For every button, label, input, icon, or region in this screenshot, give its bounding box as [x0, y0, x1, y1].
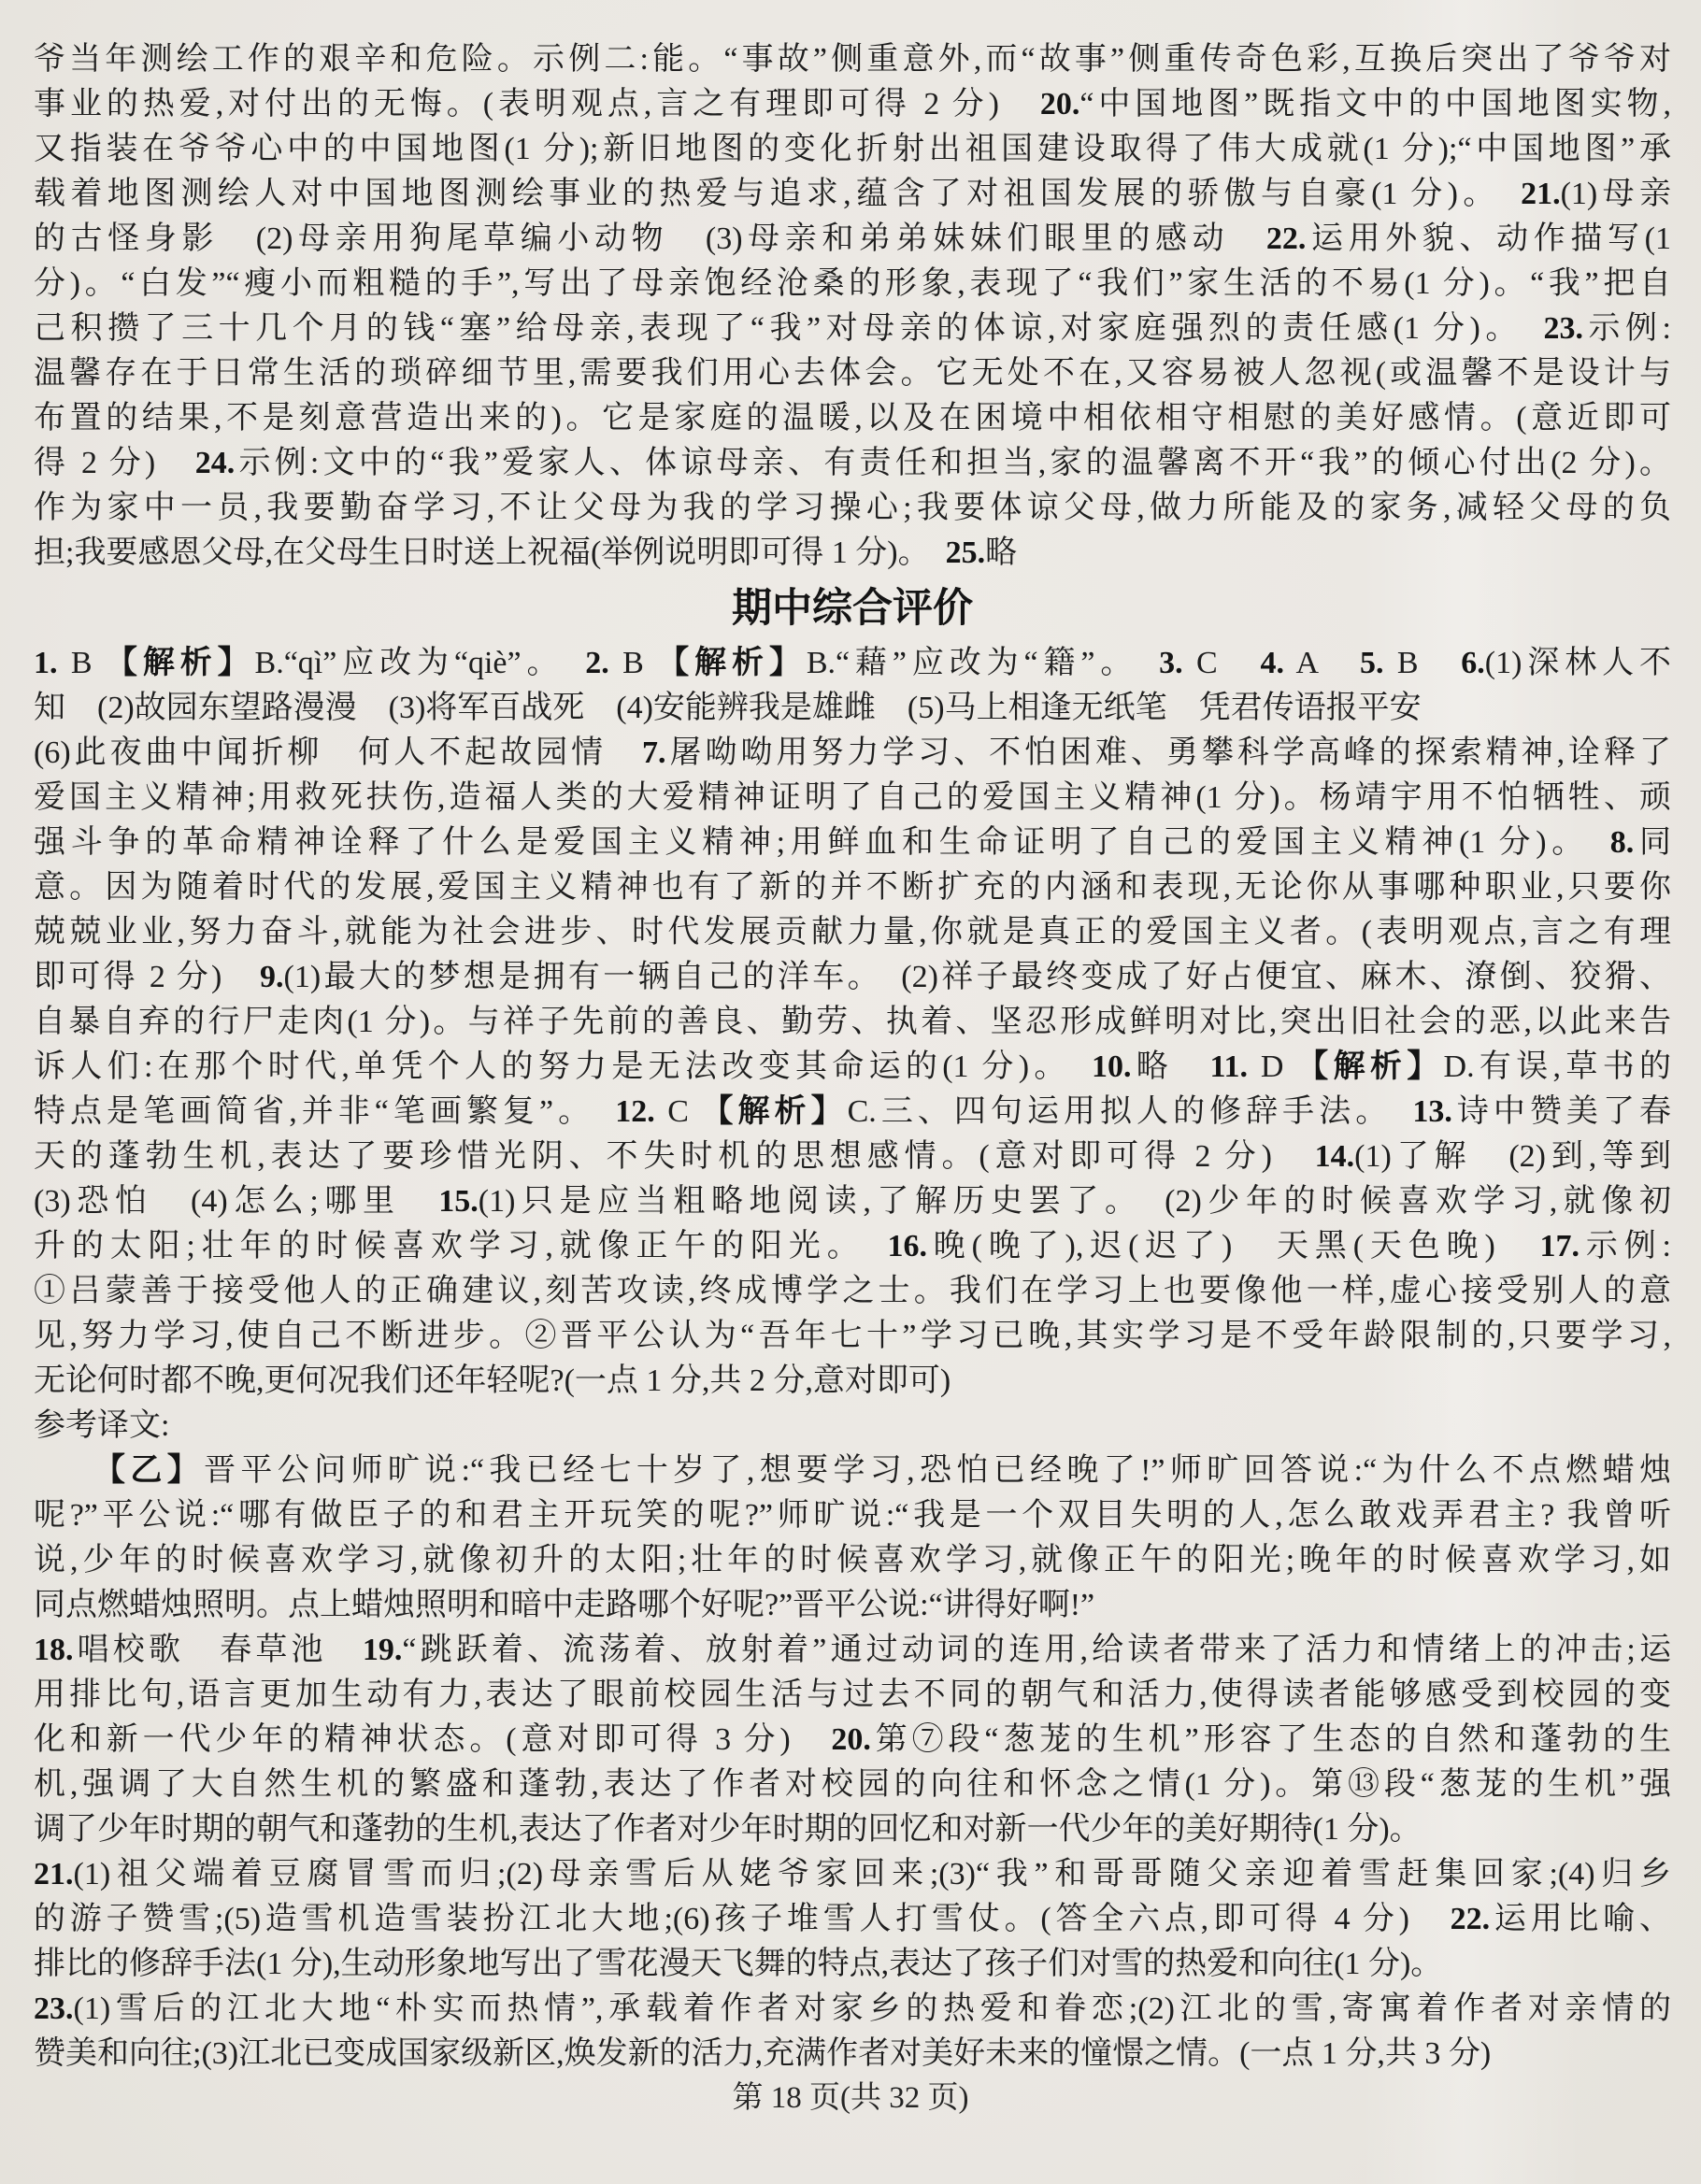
text-segment: 机,强调了大自然生机的繁盛和蓬勃,表达了作者对校园的向往和怀念之情(1 分)。第… [34, 1767, 1671, 1802]
text-line: 己积攒了三十几个月的钱“塞”给母亲,表现了“我”对母亲的体谅,对家庭强烈的责任感… [34, 307, 1671, 351]
text-segment: 示例: [1583, 311, 1671, 346]
text-line: 【乙】晋平公问师旷说:“我已经七十岁了,想要学习,恐怕已经晚了!”师旷回答说:“… [34, 1449, 1671, 1493]
text-line: 升的太阳;壮年的时候喜欢学习,就像正午的阳光。 16.晚(晚了),迟(迟了) 天… [34, 1224, 1671, 1269]
text-segment: 运用外貌、动作描写(1 [1306, 221, 1671, 256]
answer-number: 23. [1543, 311, 1583, 346]
text-segment: (3)恐怕 (4)怎么;哪里 [34, 1184, 438, 1219]
text-line: 诉人们:在那个时代,单凭个人的努力是无法改变其命运的(1 分)。 10.略 11… [34, 1045, 1671, 1090]
answer-number: 9. [260, 960, 284, 994]
text-line: 爷当年测绘工作的艰辛和危险。示例二:能。“事故”侧重意外,而“故事”侧重传奇色彩… [34, 37, 1671, 82]
text-segment: “中国地图”既指文中的中国地图实物, [1079, 87, 1671, 121]
text-line: (6)此夜曲中闻折柳 何人不起故园情 7.屠呦呦用努力学习、不怕困难、勇攀科学高… [34, 731, 1671, 776]
answer-number: 21. [34, 1857, 74, 1891]
text-line: 作为家中一员,我要勤奋学习,不让父母为我的学习操心;我要体谅父母,做力所能及的家… [34, 486, 1671, 531]
answer-number: 5. [1360, 646, 1384, 680]
text-line: 自暴自弃的行尸走肉(1 分)。与祥子先前的善良、勤劳、执着、坚忍形成鲜明对比,突… [34, 1000, 1671, 1045]
text-segment: 诉人们:在那个时代,单凭个人的努力是无法改变其命运的(1 分)。 [34, 1049, 1092, 1084]
text-line: 化和新一代少年的精神状态。(意对即可得 3 分) 20.第⑦段“葱茏的生机”形容… [34, 1718, 1671, 1763]
text-line: 意。因为随着时代的发展,爱国主义精神也有了新的并不断扩充的内涵和表现,无论你从事… [34, 865, 1671, 910]
text-segment: (1)祖父端着豆腐冒雪而归;(2)母亲雪后从姥爷家回来;(3)“我”和哥哥随父亲… [74, 1857, 1672, 1891]
text-segment: 意。因为随着时代的发展,爱国主义精神也有了新的并不断扩充的内涵和表现,无论你从事… [34, 870, 1671, 905]
text-line: 爱国主义精神;用救死扶伤,造福人类的大爱精神证明了自己的爱国主义精神(1 分)。… [34, 776, 1671, 821]
answer-number: 11. [1209, 1049, 1248, 1084]
text-line: 18.唱校歌 春草池 19.“跳跃着、流荡着、放射着”通过动词的连用,给读者带来… [34, 1628, 1671, 1673]
text-segment: 升的太阳;壮年的时候喜欢学习,就像正午的阳光。 [34, 1229, 887, 1263]
text-line: 调了少年时期的朝气和蓬勃的生机,表达了作者对少年时期的回忆和对新一代少年的美好期… [34, 1807, 1671, 1852]
text-line: 的古怪身影 (2)母亲用狗尾草编小动物 (3)母亲和弟弟妹妹们眼里的感动 22.… [34, 217, 1671, 262]
text-segment: (1)了解 (2)到,等到 [1354, 1139, 1671, 1174]
text-segment: 得 2 分) [34, 446, 195, 480]
text-line: 担;我要感恩父母,在父母生日时送上祝福(举例说明即可得 1 分)。 25.略 [34, 531, 1671, 576]
text-segment: 晚(晚了),迟(迟了) 天黑(天色晚) [927, 1229, 1540, 1263]
text-segment: 的古怪身影 (2)母亲用狗尾草编小动物 (3)母亲和弟弟妹妹们眼里的感动 [34, 221, 1266, 256]
text-segment: 示例: [1579, 1229, 1671, 1263]
text-segment: 强斗争的革命精神诠释了什么是爱国主义精神;用鲜血和生命证明了自己的爱国主义精神(… [34, 825, 1610, 860]
text-line: 1. B 【解析】B.“qì”应改为“qiè”。 2. B 【解析】B.“藉”应… [34, 641, 1671, 686]
text-segment: 运用比喻、 [1490, 1902, 1671, 1936]
answer-number: 【解析】 [106, 646, 255, 680]
answer-number: 22. [1266, 221, 1307, 256]
text-segment: 温馨存在于日常生活的琐碎细节里,需要我们用心去体会。它无处不在,又容易被人忽视(… [34, 356, 1671, 391]
text-segment: 排比的修辞手法(1 分),生动形象地写出了雪花漫天飞舞的特点,表达了孩子们对雪的… [34, 1947, 1442, 1981]
section-heading: 期中综合评价 [34, 580, 1671, 638]
text-segment: 同 [1634, 825, 1671, 860]
text-segment: B [609, 646, 657, 680]
text-segment: 屠呦呦用努力学习、不怕困难、勇攀科学高峰的探索精神,诠释了 [666, 735, 1671, 770]
text-segment: 见,努力学习,使自己不断进步。②晋平公认为“吾年七十”学习已晚,其实学习是不受年… [34, 1319, 1671, 1353]
answer-number: 13. [1412, 1094, 1452, 1129]
text-line: 载着地图测绘人对中国地图测绘事业的热爱与追求,蕴含了对祖国发展的骄傲与自豪(1 … [34, 172, 1671, 217]
text-line: 赞美和向往;(3)江北已变成国家级新区,焕发新的活力,充满作者对美好未来的憧憬之… [34, 2032, 1671, 2077]
text-segment: 自暴自弃的行尸走肉(1 分)。与祥子先前的善良、勤劳、执着、坚忍形成鲜明对比,突… [34, 1005, 1671, 1039]
text-segment: 用排比句,语言更加生动有力,表达了眼前校园生活与过去不同的朝气和活力,使得读者能… [34, 1677, 1671, 1712]
text-segment: ①吕蒙善于接受他人的正确建议,刻苦攻读,终成博学之士。我们在学习上也要像他一样,… [34, 1274, 1671, 1308]
text-line: 又指装在爷爷心中的中国地图(1 分);新旧地图的变化折射出祖国建设取得了伟大成就… [34, 127, 1671, 172]
text-line: 21.(1)祖父端着豆腐冒雪而归;(2)母亲雪后从姥爷家回来;(3)“我”和哥哥… [34, 1852, 1671, 1897]
text-segment: (1)雪后的江北大地“朴实而热情”,承载着作者对家乡的热爱和眷恋;(2)江北的雪… [74, 1991, 1672, 2026]
text-segment: 化和新一代少年的精神状态。(意对即可得 3 分) [34, 1722, 831, 1757]
text-segment: (1)深林人不 [1485, 646, 1671, 680]
text-segment: (1)只是应当粗略地阅读,了解历史罢了。 (2)少年的时候喜欢学习,就像初 [479, 1184, 1671, 1219]
text-segment: 事业的热爱,对付出的无悔。(表明观点,言之有理即可得 2 分) [34, 87, 1040, 121]
text-segment: 又指装在爷爷心中的中国地图(1 分);新旧地图的变化折射出祖国建设取得了伟大成就… [34, 132, 1671, 166]
text-segment: 作为家中一员,我要勤奋学习,不让父母为我的学习操心;我要体谅父母,做力所能及的家… [34, 491, 1671, 525]
text-segment: 第⑦段“葱茏的生机”形容了生态的自然和蓬勃的生 [871, 1722, 1671, 1757]
text-line: 机,强调了大自然生机的繁盛和蓬勃,表达了作者对校园的向往和怀念之情(1 分)。第… [34, 1763, 1671, 1807]
text-segment: 示例:文中的“我”爱家人、体谅母亲、有责任和担当,家的温馨离不开“我”的倾心付出… [235, 446, 1671, 480]
text-segment: (1)最大的梦想是拥有一辆自己的洋车。 (2)祥子最终变成了好占便宜、麻木、潦倒… [284, 960, 1671, 994]
text-segment: (1)母亲 [1561, 177, 1671, 211]
text-line: 天的蓬勃生机,表达了要珍惜光阴、不失时机的思想感情。(意对即可得 2 分) 14… [34, 1135, 1671, 1179]
text-segment: B.“qì”应改为“qiè”。 [255, 646, 586, 680]
text-segment: 爱国主义精神;用救死扶伤,造福人类的大爱精神证明了自己的爱国主义精神(1 分)。… [34, 780, 1671, 815]
answer-number: 6. [1461, 646, 1485, 680]
text-line: ①吕蒙善于接受他人的正确建议,刻苦攻读,终成博学之士。我们在学习上也要像他一样,… [34, 1269, 1671, 1314]
text-segment: A [1284, 646, 1360, 680]
text-line: 强斗争的革命精神诠释了什么是爱国主义精神;用鲜血和生命证明了自己的爱国主义精神(… [34, 821, 1671, 865]
text-line: 的游子赞雪;(5)造雪机造雪装扮江北大地;(6)孩子堆雪人打雪仗。(答全六点,即… [34, 1897, 1671, 1942]
answer-number: 10. [1092, 1049, 1132, 1084]
text-line: 得 2 分) 24.示例:文中的“我”爱家人、体谅母亲、有责任和担当,家的温馨离… [34, 441, 1671, 486]
text-line: 温馨存在于日常生活的琐碎细节里,需要我们用心去体会。它无处不在,又容易被人忽视(… [34, 351, 1671, 396]
answer-number: 19. [363, 1633, 403, 1667]
text-segment: 唱校歌 春草池 [74, 1633, 363, 1667]
text-segment: 赞美和向往;(3)江北已变成国家级新区,焕发新的活力,充满作者对美好未来的憧憬之… [34, 2036, 1491, 2071]
text-segment: 知 (2)故园东望路漫漫 (3)将军百战死 (4)安能辨我是雄雌 (5)马上相逢… [34, 691, 1422, 725]
text-line: 无论何时都不晚,更何况我们还年轻呢?(一点 1 分,共 2 分,意对即可) [34, 1359, 1671, 1404]
text-line: 见,努力学习,使自己不断进步。②晋平公认为“吾年七十”学习已晚,其实学习是不受年… [34, 1314, 1671, 1359]
text-segment: “跳跃着、流荡着、放射着”通过动词的连用,给读者带来了活力和情绪上的冲击;运 [402, 1633, 1671, 1667]
answer-number: 20. [1040, 87, 1080, 121]
text-line: 布置的结果,不是刻意营造出来的)。它是家庭的温暖,以及在困境中相依相守相慰的美好… [34, 396, 1671, 441]
text-segment: 晋平公问师旷说:“我已经七十岁了,想要学习,恐怕已经晚了!”师旷回答说:“为什么… [204, 1453, 1671, 1488]
text-segment: C [655, 1094, 702, 1129]
answer-number: 23. [34, 1991, 74, 2026]
answer-number: 1. [34, 646, 58, 680]
answer-number: 8. [1610, 825, 1635, 860]
answer-number: 14. [1315, 1139, 1355, 1174]
text-segment: 特点是笔画简省,并非“笔画繁复”。 [34, 1094, 615, 1129]
text-line: 用排比句,语言更加生动有力,表达了眼前校园生活与过去不同的朝气和活力,使得读者能… [34, 1673, 1671, 1718]
answer-number: 17. [1539, 1229, 1579, 1263]
text-line: 同点燃蜡烛照明。点上蜡烛照明和暗中走路哪个好呢?”晋平公说:“讲得好啊!” [34, 1583, 1671, 1628]
answer-number: 3. [1159, 646, 1183, 680]
text-segment: C [1183, 646, 1261, 680]
text-segment: 调了少年时期的朝气和蓬勃的生机,表达了作者对少年时期的回忆和对新一代少年的美好期… [34, 1812, 1422, 1847]
text-segment: 呢?”平公说:“哪有做臣子的和君主开玩笑的呢?”师旷说:“我是一个双目失明的人,… [34, 1498, 1671, 1533]
text-segment: B [1383, 646, 1461, 680]
text-line: 呢?”平公说:“哪有做臣子的和君主开玩笑的呢?”师旷说:“我是一个双目失明的人,… [34, 1493, 1671, 1538]
text-segment: 的游子赞雪;(5)造雪机造雪装扮江北大地;(6)孩子堆雪人打雪仗。(答全六点,即… [34, 1902, 1451, 1936]
text-line: 特点是笔画简省,并非“笔画繁复”。 12. C 【解析】C.三、四句运用拟人的修… [34, 1090, 1671, 1135]
text-line: 分)。“白发”“瘦小而粗糙的手”,写出了母亲饱经沧桑的形象,表现了“我们”家生活… [34, 262, 1671, 307]
answer-number: 18. [34, 1633, 74, 1667]
text-segment: 布置的结果,不是刻意营造出来的)。它是家庭的温暖,以及在困境中相依相守相慰的美好… [34, 401, 1671, 435]
text-segment: 爷当年测绘工作的艰辛和危险。示例二:能。“事故”侧重意外,而“故事”侧重传奇色彩… [34, 42, 1671, 77]
text-segment: 分)。“白发”“瘦小而粗糙的手”,写出了母亲饱经沧桑的形象,表现了“我们”家生活… [34, 266, 1671, 301]
answer-number: 24. [195, 446, 236, 480]
text-segment: 担;我要感恩父母,在父母生日时送上祝福(举例说明即可得 1 分)。 [34, 535, 946, 570]
text-segment: 略 [985, 535, 1017, 570]
answer-number: 2. [585, 646, 609, 680]
answer-number: 4. [1260, 646, 1284, 680]
text-line: 排比的修辞手法(1 分),生动形象地写出了雪花漫天飞舞的特点,表达了孩子们对雪的… [34, 1942, 1671, 1987]
page-number-footer: 第 18 页(共 32 页) [0, 2077, 1701, 2119]
text-segment: 说,少年的时候喜欢学习,就像初升的太阳;壮年的时候喜欢学习,就像正午的阳光;晚年… [34, 1543, 1671, 1577]
text-segment: 同点燃蜡烛照明。点上蜡烛照明和暗中走路哪个好呢?”晋平公说:“讲得好啊!” [34, 1588, 1094, 1622]
text-line: 即可得 2 分) 9.(1)最大的梦想是拥有一辆自己的洋车。 (2)祥子最终变成… [34, 955, 1671, 1000]
text-segment: 即可得 2 分) [34, 960, 260, 994]
text-segment: 略 [1131, 1049, 1209, 1084]
text-segment: 无论何时都不晚,更何况我们还年轻呢?(一点 1 分,共 2 分,意对即可) [34, 1363, 951, 1398]
text-line: 知 (2)故园东望路漫漫 (3)将军百战死 (4)安能辨我是雄雌 (5)马上相逢… [34, 686, 1671, 731]
text-segment: (6)此夜曲中闻折柳 何人不起故园情 [34, 735, 642, 770]
text-line: 参考译文: [34, 1404, 1671, 1449]
text-line: 说,少年的时候喜欢学习,就像初升的太阳;壮年的时候喜欢学习,就像正午的阳光;晚年… [34, 1538, 1671, 1583]
answer-number: 7. [642, 735, 666, 770]
text-line: 23.(1)雪后的江北大地“朴实而热情”,承载着作者对家乡的热爱和眷恋;(2)江… [34, 1987, 1671, 2032]
answer-number: 16. [887, 1229, 927, 1263]
text-segment: C.三、四句运用拟人的修辞手法。 [848, 1094, 1413, 1129]
text-segment: D.有误,草书的 [1444, 1049, 1671, 1084]
answer-number: 12. [615, 1094, 655, 1129]
text-segment: D [1248, 1049, 1296, 1084]
answer-number: 【乙】 [93, 1453, 204, 1488]
answer-number: 22. [1451, 1902, 1491, 1936]
scanned-page: 爷当年测绘工作的艰辛和危险。示例二:能。“事故”侧重意外,而“故事”侧重传奇色彩… [0, 0, 1701, 2184]
answer-number: 【解析】 [657, 646, 807, 680]
answer-number: 25. [946, 535, 986, 570]
text-segment: 己积攒了三十几个月的钱“塞”给母亲,表现了“我”对母亲的体谅,对家庭强烈的责任感… [34, 311, 1543, 346]
answer-number: 【解析】 [1296, 1049, 1443, 1084]
text-segment: 天的蓬勃生机,表达了要珍惜光阴、不失时机的思想感情。(意对即可得 2 分) [34, 1139, 1315, 1174]
text-segment: 载着地图测绘人对中国地图测绘事业的热爱与追求,蕴含了对祖国发展的骄傲与自豪(1 … [34, 177, 1521, 211]
document-body: 爷当年测绘工作的艰辛和危险。示例二:能。“事故”侧重意外,而“故事”侧重传奇色彩… [34, 37, 1671, 2077]
text-segment: 诗中赞美了春 [1452, 1094, 1671, 1129]
text-segment: B.“藉”应改为“籍”。 [807, 646, 1159, 680]
answer-number: 15. [438, 1184, 479, 1219]
answer-number: 20. [831, 1722, 871, 1757]
answer-number: 【解析】 [702, 1094, 848, 1129]
text-segment: 参考译文: [34, 1408, 169, 1443]
text-line: 兢兢业业,努力奋斗,就能为社会进步、时代发展贡献力量,你就是真正的爱国主义者。(… [34, 910, 1671, 955]
text-line: 事业的热爱,对付出的无悔。(表明观点,言之有理即可得 2 分) 20.“中国地图… [34, 82, 1671, 127]
text-line: (3)恐怕 (4)怎么;哪里 15.(1)只是应当粗略地阅读,了解历史罢了。 (… [34, 1179, 1671, 1224]
text-segment: 兢兢业业,努力奋斗,就能为社会进步、时代发展贡献力量,你就是真正的爱国主义者。(… [34, 915, 1671, 949]
answer-number: 21. [1521, 177, 1561, 211]
text-segment: B [58, 646, 106, 680]
